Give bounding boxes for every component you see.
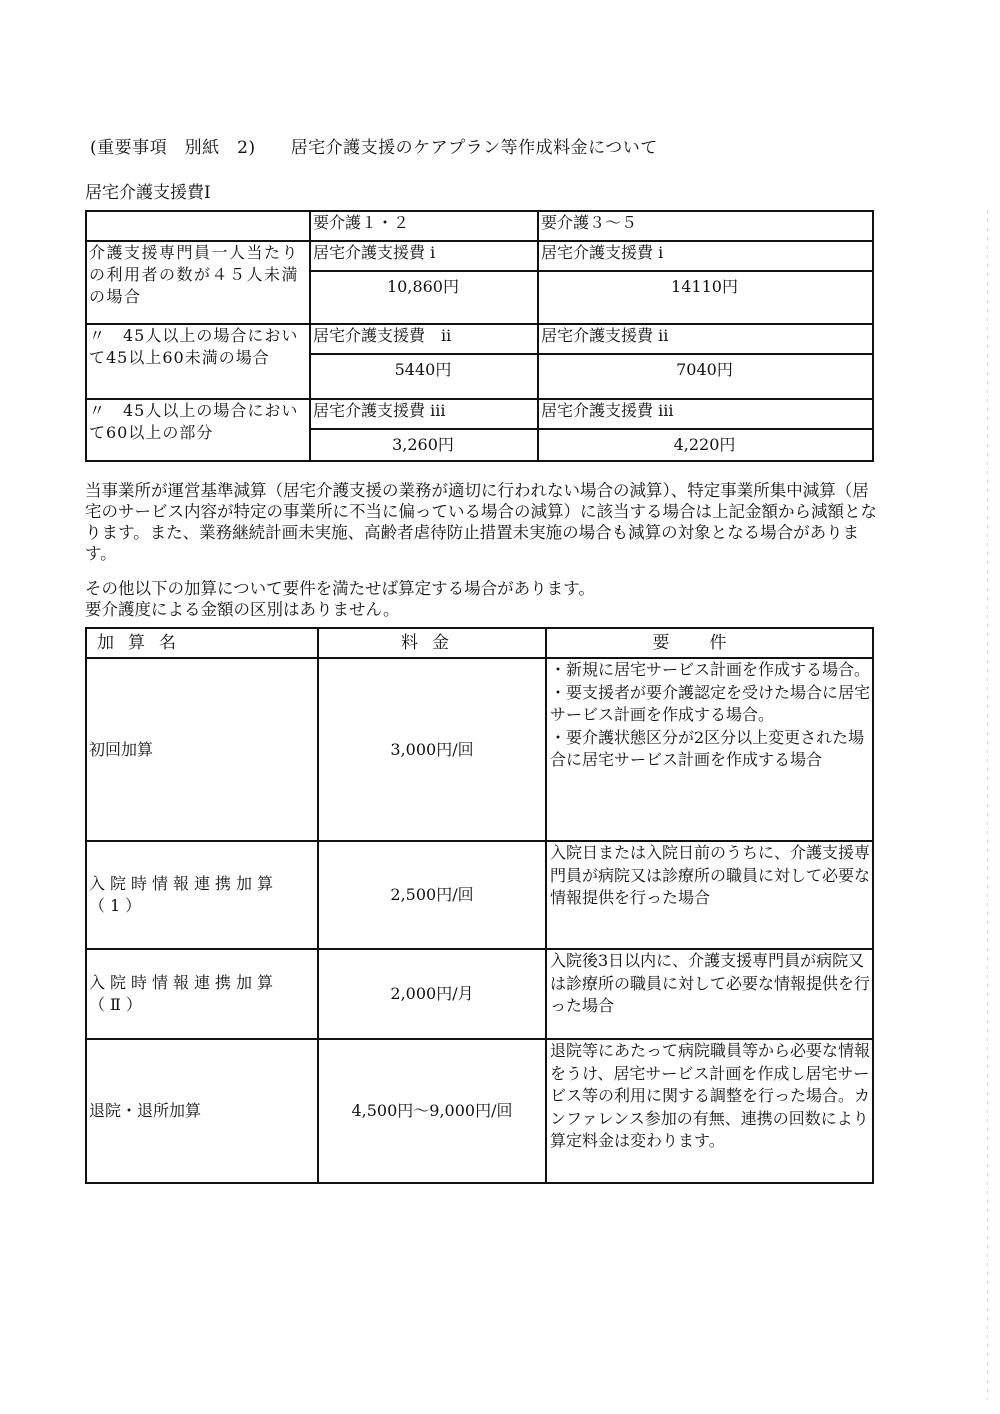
fee-table-header-row: 要介護１・２ 要介護３～５ (86, 211, 873, 241)
scan-artifact-line (987, 210, 988, 1400)
addition-fee: 2,500円/回 (318, 841, 546, 949)
header-cell-empty (86, 211, 310, 241)
care12-label: 居宅介護支援費 ii (310, 324, 538, 354)
care35-amount: 14110円 (538, 271, 873, 324)
addition-requirements: 入院後3日以内に、介護支援専門員が病院又は診療所の職員に対して必要な情報提供を行… (546, 949, 873, 1039)
condition-cell: 〃 45人以上の場合において60以上の部分 (86, 399, 310, 461)
care35-amount: 7040円 (538, 354, 873, 399)
table-row: 〃 45人以上の場合において45以上60未満の場合 居宅介護支援費 ii 居宅介… (86, 324, 873, 354)
addition-name: 退院・退所加算 (86, 1039, 318, 1183)
table-row: 入院時情報連携加算（1） 2,500円/回 入院日または入院日前のうちに、介護支… (86, 841, 873, 949)
table-row: 入院時情報連携加算（Ⅱ） 2,000円/月 入院後3日以内に、介護支援専門員が病… (86, 949, 873, 1039)
care12-amount: 10,860円 (310, 271, 538, 324)
header-cell-care12: 要介護１・２ (310, 211, 538, 241)
addition-note-line2: 要介護度による金額の区別はありません。 (85, 599, 885, 620)
document-title: (重要事項 別紙 2) 居宅介護支援のケアプラン等作成料金について (90, 133, 658, 158)
reduction-note: 当事業所が運営基準減算（居宅介護支援の業務が適切に行われない場合の減算）、特定事… (85, 480, 885, 564)
addition-note-line1: その他以下の加算について要件を満たせば算定する場合があります。 (85, 578, 885, 599)
addition-fee: 4,500円～9,000円/回 (318, 1039, 546, 1183)
addition-fee: 2,000円/月 (318, 949, 546, 1039)
table-row: 〃 45人以上の場合において60以上の部分 居宅介護支援費 iii 居宅介護支援… (86, 399, 873, 429)
care12-label: 居宅介護支援費 iii (310, 399, 538, 429)
addition-table: 加算名 料金 要件 初回加算 3,000円/回 ・新規に居宅サービス計画を作成す… (85, 627, 874, 1184)
care35-amount: 4,220円 (538, 429, 873, 461)
addition-requirements: ・新規に居宅サービス計画を作成する場合。 ・要支援者が要介護認定を受けた場合に居… (546, 658, 873, 841)
addition-table-header-row: 加算名 料金 要件 (86, 628, 873, 658)
condition-cell: 〃 45人以上の場合において45以上60未満の場合 (86, 324, 310, 399)
addition-fee: 3,000円/回 (318, 658, 546, 841)
requirement-item: 退院等にあたって病院職員等から必要な情報をうけ、居宅サービス計画を作成し居宅サー… (550, 1040, 871, 1153)
condition-cell: 介護支援専門員一人当たりの利用者の数が４５人未満の場合 (86, 241, 310, 324)
care35-label: 居宅介護支援費 iii (538, 399, 873, 429)
addition-requirements: 入院日または入院日前のうちに、介護支援専門員が病院又は診療所の職員に対して必要な… (546, 841, 873, 949)
header-cell-care35: 要介護３～５ (538, 211, 873, 241)
addition-requirements: 退院等にあたって病院職員等から必要な情報をうけ、居宅サービス計画を作成し居宅サー… (546, 1039, 873, 1183)
care12-amount: 5440円 (310, 354, 538, 399)
requirement-item: 入院後3日以内に、介護支援専門員が病院又は診療所の職員に対して必要な情報提供を行… (550, 950, 871, 1018)
table-row: 初回加算 3,000円/回 ・新規に居宅サービス計画を作成する場合。 ・要支援者… (86, 658, 873, 841)
section-heading: 居宅介護支援費Ⅰ (85, 178, 211, 203)
care35-label: 居宅介護支援費 i (538, 241, 873, 271)
addition-name: 初回加算 (86, 658, 318, 841)
addition-name: 入院時情報連携加算（1） (86, 841, 318, 949)
care12-amount: 3,260円 (310, 429, 538, 461)
requirement-item: 入院日または入院日前のうちに、介護支援専門員が病院又は診療所の職員に対して必要な… (550, 842, 871, 910)
requirement-item: ・新規に居宅サービス計画を作成する場合。 (550, 659, 871, 682)
care12-label: 居宅介護支援費 i (310, 241, 538, 271)
addition-name: 入院時情報連携加算（Ⅱ） (86, 949, 318, 1039)
header-addition-name: 加算名 (86, 628, 318, 658)
requirement-item: ・要介護状態区分が2区分以上変更された場合に居宅サービス計画を作成する場合 (550, 727, 871, 772)
care35-label: 居宅介護支援費 ii (538, 324, 873, 354)
requirement-item: ・要支援者が要介護認定を受けた場合に居宅サービス計画を作成する場合。 (550, 682, 871, 727)
table-row: 退院・退所加算 4,500円～9,000円/回 退院等にあたって病院職員等から必… (86, 1039, 873, 1183)
header-requirements: 要件 (546, 628, 873, 658)
fee-table: 要介護１・２ 要介護３～５ 介護支援専門員一人当たりの利用者の数が４５人未満の場… (85, 210, 874, 462)
header-fee: 料金 (318, 628, 546, 658)
table-row: 介護支援専門員一人当たりの利用者の数が４５人未満の場合 居宅介護支援費 i 居宅… (86, 241, 873, 271)
